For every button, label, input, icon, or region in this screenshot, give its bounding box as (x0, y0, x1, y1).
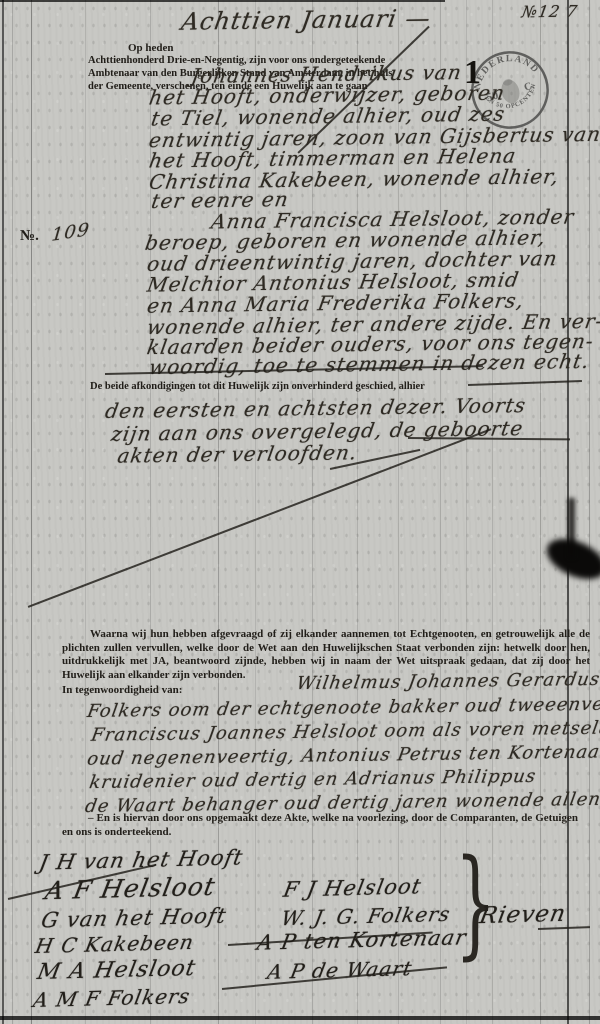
banns-trailing-rule (468, 380, 582, 386)
left-edge-line (2, 0, 4, 1024)
top-edge-line (0, 0, 445, 2)
folio-note: №12 7 (520, 2, 579, 22)
header-op-heden: Op heden (128, 42, 174, 54)
party-line: ter eenre en (150, 187, 291, 211)
act-number-label: №. (20, 228, 39, 245)
signature-witness-1: F J Helsloot (281, 874, 423, 902)
signature-mother-groom: H C Kakebeen (33, 930, 196, 958)
signature-father-groom: G van het Hooft (39, 904, 228, 933)
witness-line: Franciscus Joannes Helsloot oom als vore… (90, 717, 600, 746)
document-page: №12 7 NEDERLAND EN 50 OPCENTEN 50 C. 1 O… (0, 0, 600, 1024)
fold-line (12, 0, 13, 1024)
fold-line (31, 0, 32, 1024)
ink-blot-streak (568, 498, 575, 558)
signature-groom: J H van het Hooft (37, 845, 245, 874)
witness-line: Wilhelmus Johannes Gerardus (295, 669, 600, 694)
witness-intro: In tegenwoordigheid van: (62, 684, 182, 696)
fold-line (540, 0, 541, 1024)
signature-mother-bride: A M F Folkers (31, 984, 192, 1012)
signature-official: Rieven (477, 901, 568, 929)
secondary-right-rule (589, 0, 590, 1024)
signature-father-bride: M A Helsloot (35, 956, 198, 985)
banns-printed-line: De beide afkondigingen tot dit Huwelijk … (90, 381, 425, 392)
signature-witness-4: A P de Waart (265, 956, 414, 984)
witness-line: kruidenier oud dertig en Adrianus Philip… (88, 766, 538, 793)
banns-handwritten-line: akten der verloofden. (116, 440, 360, 467)
witness-line: Folkers oom der echtgenoote bakker oud t… (86, 693, 600, 722)
closing-paragraph: – En is hiervan door ons opgemaakt deze … (62, 812, 578, 839)
bottom-edge-line (0, 1016, 600, 1020)
date-handwritten: Achttien Januari — (179, 4, 433, 35)
signature-bride: A F Helsloot (43, 872, 218, 905)
